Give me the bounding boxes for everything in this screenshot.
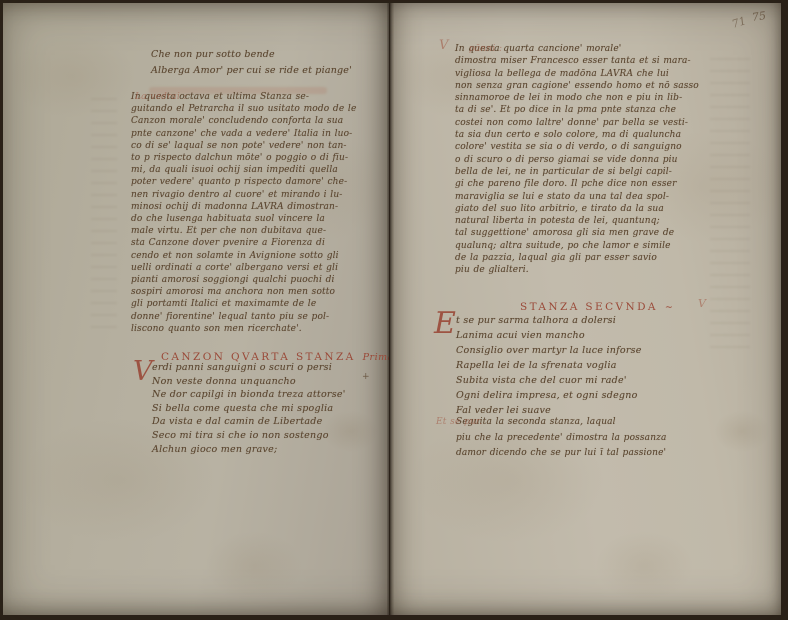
text-line: Che non pur sotto bende (151, 47, 352, 63)
text-line: qualunq; altra suitude, po che lamor e s… (455, 240, 703, 252)
stanza-prima-poem: V erdi panni sanguigni o scuri o persiNo… (152, 361, 346, 456)
text-line: to p rispecto dalchun mōte' o poggio o d… (131, 152, 383, 164)
heading-caps: STANZA SECVNDA (520, 301, 658, 313)
text-line: poter vedere' quanto p rispecto damore' … (131, 176, 383, 188)
text-line: uelli ordinati a corte' albergano versi … (131, 262, 383, 274)
text-line: costei non como laltre' donne' par bella… (455, 117, 703, 129)
text-line: Alberga Amor' per cui se ride et piange' (151, 63, 352, 79)
guide-letter-V: V (439, 40, 449, 52)
commentary-paragraph-2: Et se pur. Seguita la seconda stanza, la… (456, 415, 706, 462)
congedo-lines: Che non pur sotto bendeAlberga Amor' per… (151, 47, 352, 79)
text-line: natural liberta in potesta de lei, quant… (455, 215, 703, 227)
text-line: sta Canzone dover pvenire a Fiorenza di (131, 237, 383, 249)
text-line: Canzon morale' concludendo conforta la s… (131, 115, 383, 127)
text-line: Lanima acui vien mancho (456, 328, 642, 343)
stanza-secunda-poem: E t se pur sarma talhora a dolersiLanima… (456, 313, 642, 418)
text-line: tal suggettione' amorosa gli sia men gra… (455, 227, 703, 239)
text-line: cendo et non solamte in Avignione sotto … (131, 250, 383, 262)
commentary-lemma: Et se pur. (436, 415, 482, 431)
text-line: liscono quanto son men ricerchate'. (131, 323, 383, 335)
text-line: ta sia dun certo e solo colore, ma di qu… (455, 129, 703, 141)
text-line: vigliosa la bellega de madōna LAVRA che … (455, 68, 703, 80)
text-line: Da vista e dal camin de Libertade (152, 415, 346, 429)
text-line: erdi panni sanguigni o scuri o persi (152, 361, 346, 375)
text-line: gli portamti Italici et maximamte de le (131, 298, 383, 310)
commentary-lemma: La vedrai : (135, 91, 187, 103)
text-line: de la pazzia, laqual gia gli par esser s… (455, 252, 703, 264)
text-line: guitando el Petrarcha il suo usitato mod… (131, 103, 383, 115)
text-line: male virtu. Et per che non dubitava que- (131, 225, 383, 237)
text-line: Subita vista che del cuor mi rade' (456, 373, 642, 388)
text-line: nen rivagio dentro al cuore' et mirando … (131, 189, 383, 201)
dropcap-initial-E: E (434, 309, 456, 339)
text-line: Si bella come questa che mi spoglia (152, 402, 346, 416)
text-line: do che lusenga habituata suol vincere la (131, 213, 383, 225)
text-line: Ne dor capilgi in bionda treza attorse' (152, 388, 346, 402)
text-line: maraviglia se lui e stato da una tal dea… (455, 191, 703, 203)
commentary-lemma: pānni : (469, 43, 502, 55)
heading-flourish: ∼ (665, 302, 673, 313)
text-line: pnte canzone' che vada a vedere' Italia … (131, 128, 383, 140)
manuscript-photo: Che non pur sotto bendeAlberga Amor' per… (0, 0, 788, 620)
folio-number-old: 71 (730, 14, 747, 31)
folio-number: 71 75 (730, 8, 786, 36)
text-line: Seco mi tira si che io non sostengo (152, 429, 346, 443)
text-line: Ogni delira impresa, et ogni sdegno (456, 388, 642, 403)
dropcap-initial-V: V (133, 358, 153, 385)
text-line: damor dicendo che se pur lui ī tal passi… (456, 446, 706, 462)
margin-plus-mark: + (362, 372, 370, 382)
text-line: bella de lei, ne in particular de si bel… (455, 166, 703, 178)
text-line: mi, da quali isuoi ochij sian impediti q… (131, 164, 383, 176)
commentary-paragraph: La vedrai : In questa octava et ultima S… (131, 91, 383, 335)
text-line: piu de glialteri. (455, 264, 703, 276)
text-line: co di se' laqual se non pote' vedere' no… (131, 140, 383, 152)
text-line: Non veste donna unquancho (152, 375, 346, 389)
text-line: t se pur sarma talhora a dolersi (456, 313, 642, 328)
bleedthrough-texture (710, 58, 750, 348)
right-page: V pānni : In questa quarta cancione' mor… (390, 3, 781, 615)
heading-tail: Prima. (363, 352, 389, 363)
text-line: Consiglio over martyr la luce inforse (456, 343, 642, 358)
text-line: minosi ochij di madonna LAVRA dimostran- (131, 201, 383, 213)
commentary-paragraph: V pānni : In questa quarta cancione' mor… (455, 43, 703, 277)
bleedthrough-texture (91, 98, 117, 338)
text-line: gi che pareno file doro. Il pche dice no… (455, 178, 703, 190)
text-line: Alchun gioco men grave; (152, 443, 346, 457)
text-line: dimostra miser Francesco esser tanta et … (455, 55, 703, 67)
text-line: ta di se'. Et po dice in la pma pnte sta… (455, 104, 703, 116)
text-line: donne' fiorentine' lequal tanto piu se p… (131, 311, 383, 323)
folio-number-new: 75 (751, 9, 767, 24)
margin-letter-V: V (698, 297, 706, 310)
text-line: Rapella lei de la sfrenata voglia (456, 358, 642, 373)
text-line: giato del suo lito arbitrio, e tirato da… (455, 203, 703, 215)
stanza-secunda-heading: STANZA SECVNDA∼ (520, 295, 673, 314)
text-line: pianti amorosi soggiongi qualchi puochi … (131, 274, 383, 286)
text-line: non senza gran cagione' essendo homo et … (455, 80, 703, 92)
text-line: piu che la precedente' dimostra la possa… (456, 431, 706, 447)
text-line: o di scuro o di perso giamai se vide don… (455, 154, 703, 166)
text-line: sinnamoroe de lei in modo che non e piu … (455, 92, 703, 104)
text-line: Seguita la seconda stanza, laqual (456, 415, 706, 431)
text-line: sospiri amorosi ma anchora non men sotto (131, 286, 383, 298)
left-page: Che non pur sotto bendeAlberga Amor' per… (3, 3, 389, 615)
text-line: colore' vestita se sia o di verdo, o di … (455, 141, 703, 153)
